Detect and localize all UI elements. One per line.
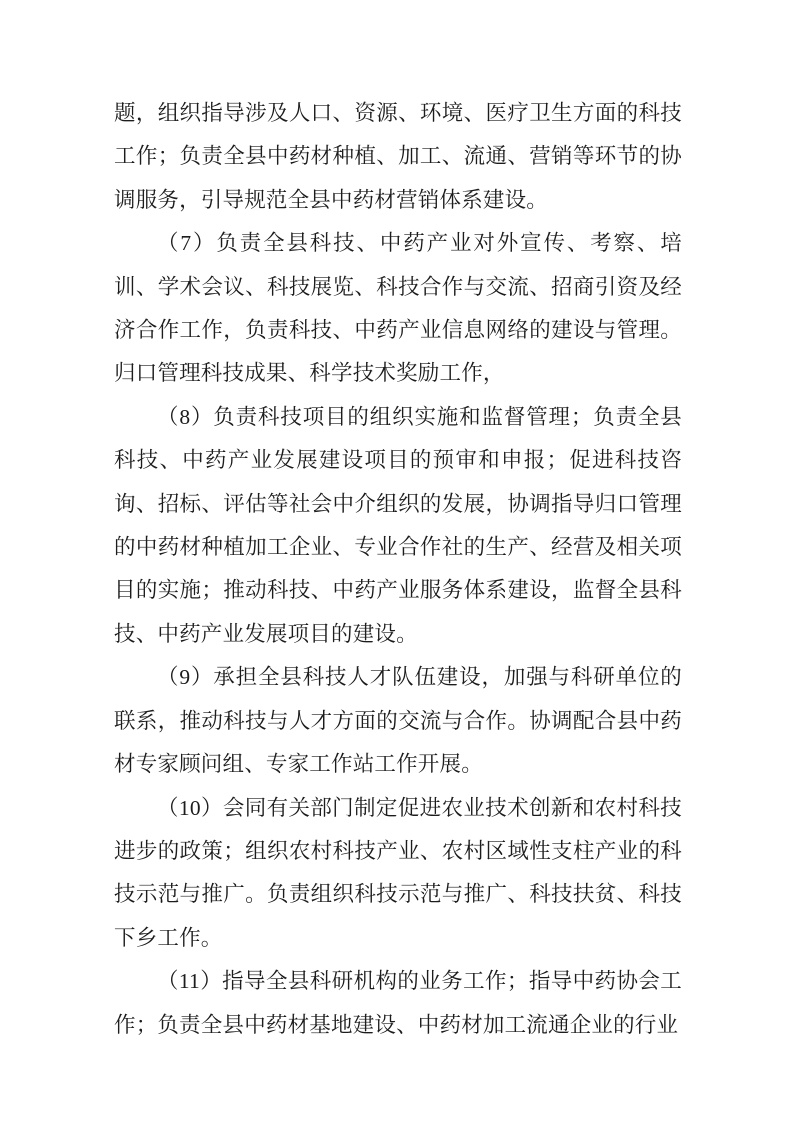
paragraph-item-8: （8）负责科技项目的组织实施和监督管理；负责全县科技、中药产业发展建设项目的预审… [114, 396, 682, 656]
document-page: 题，组织指导涉及人口、资源、环境、医疗卫生方面的科技工作；负责全县中药材种植、加… [0, 0, 793, 1122]
document-body: 题，组织指导涉及人口、资源、环境、医疗卫生方面的科技工作；负责全县中药材种植、加… [114, 92, 682, 1047]
paragraph-item-9: （9）承担全县科技人才队伍建设，加强与科研单位的联系，推动科技与人才方面的交流与… [114, 656, 682, 786]
paragraph-item-11: （11）指导全县科研机构的业务工作；指导中药协会工作；负责全县中药材基地建设、中… [114, 960, 682, 1047]
paragraph-continuation: 题，组织指导涉及人口、资源、环境、医疗卫生方面的科技工作；负责全县中药材种植、加… [114, 92, 682, 222]
paragraph-item-10: （10）会同有关部门制定促进农业技术创新和农村科技进步的政策；组织农村科技产业、… [114, 787, 682, 961]
paragraph-item-7: （7）负责全县科技、中药产业对外宣传、考察、培训、学术会议、科技展览、科技合作与… [114, 222, 682, 396]
